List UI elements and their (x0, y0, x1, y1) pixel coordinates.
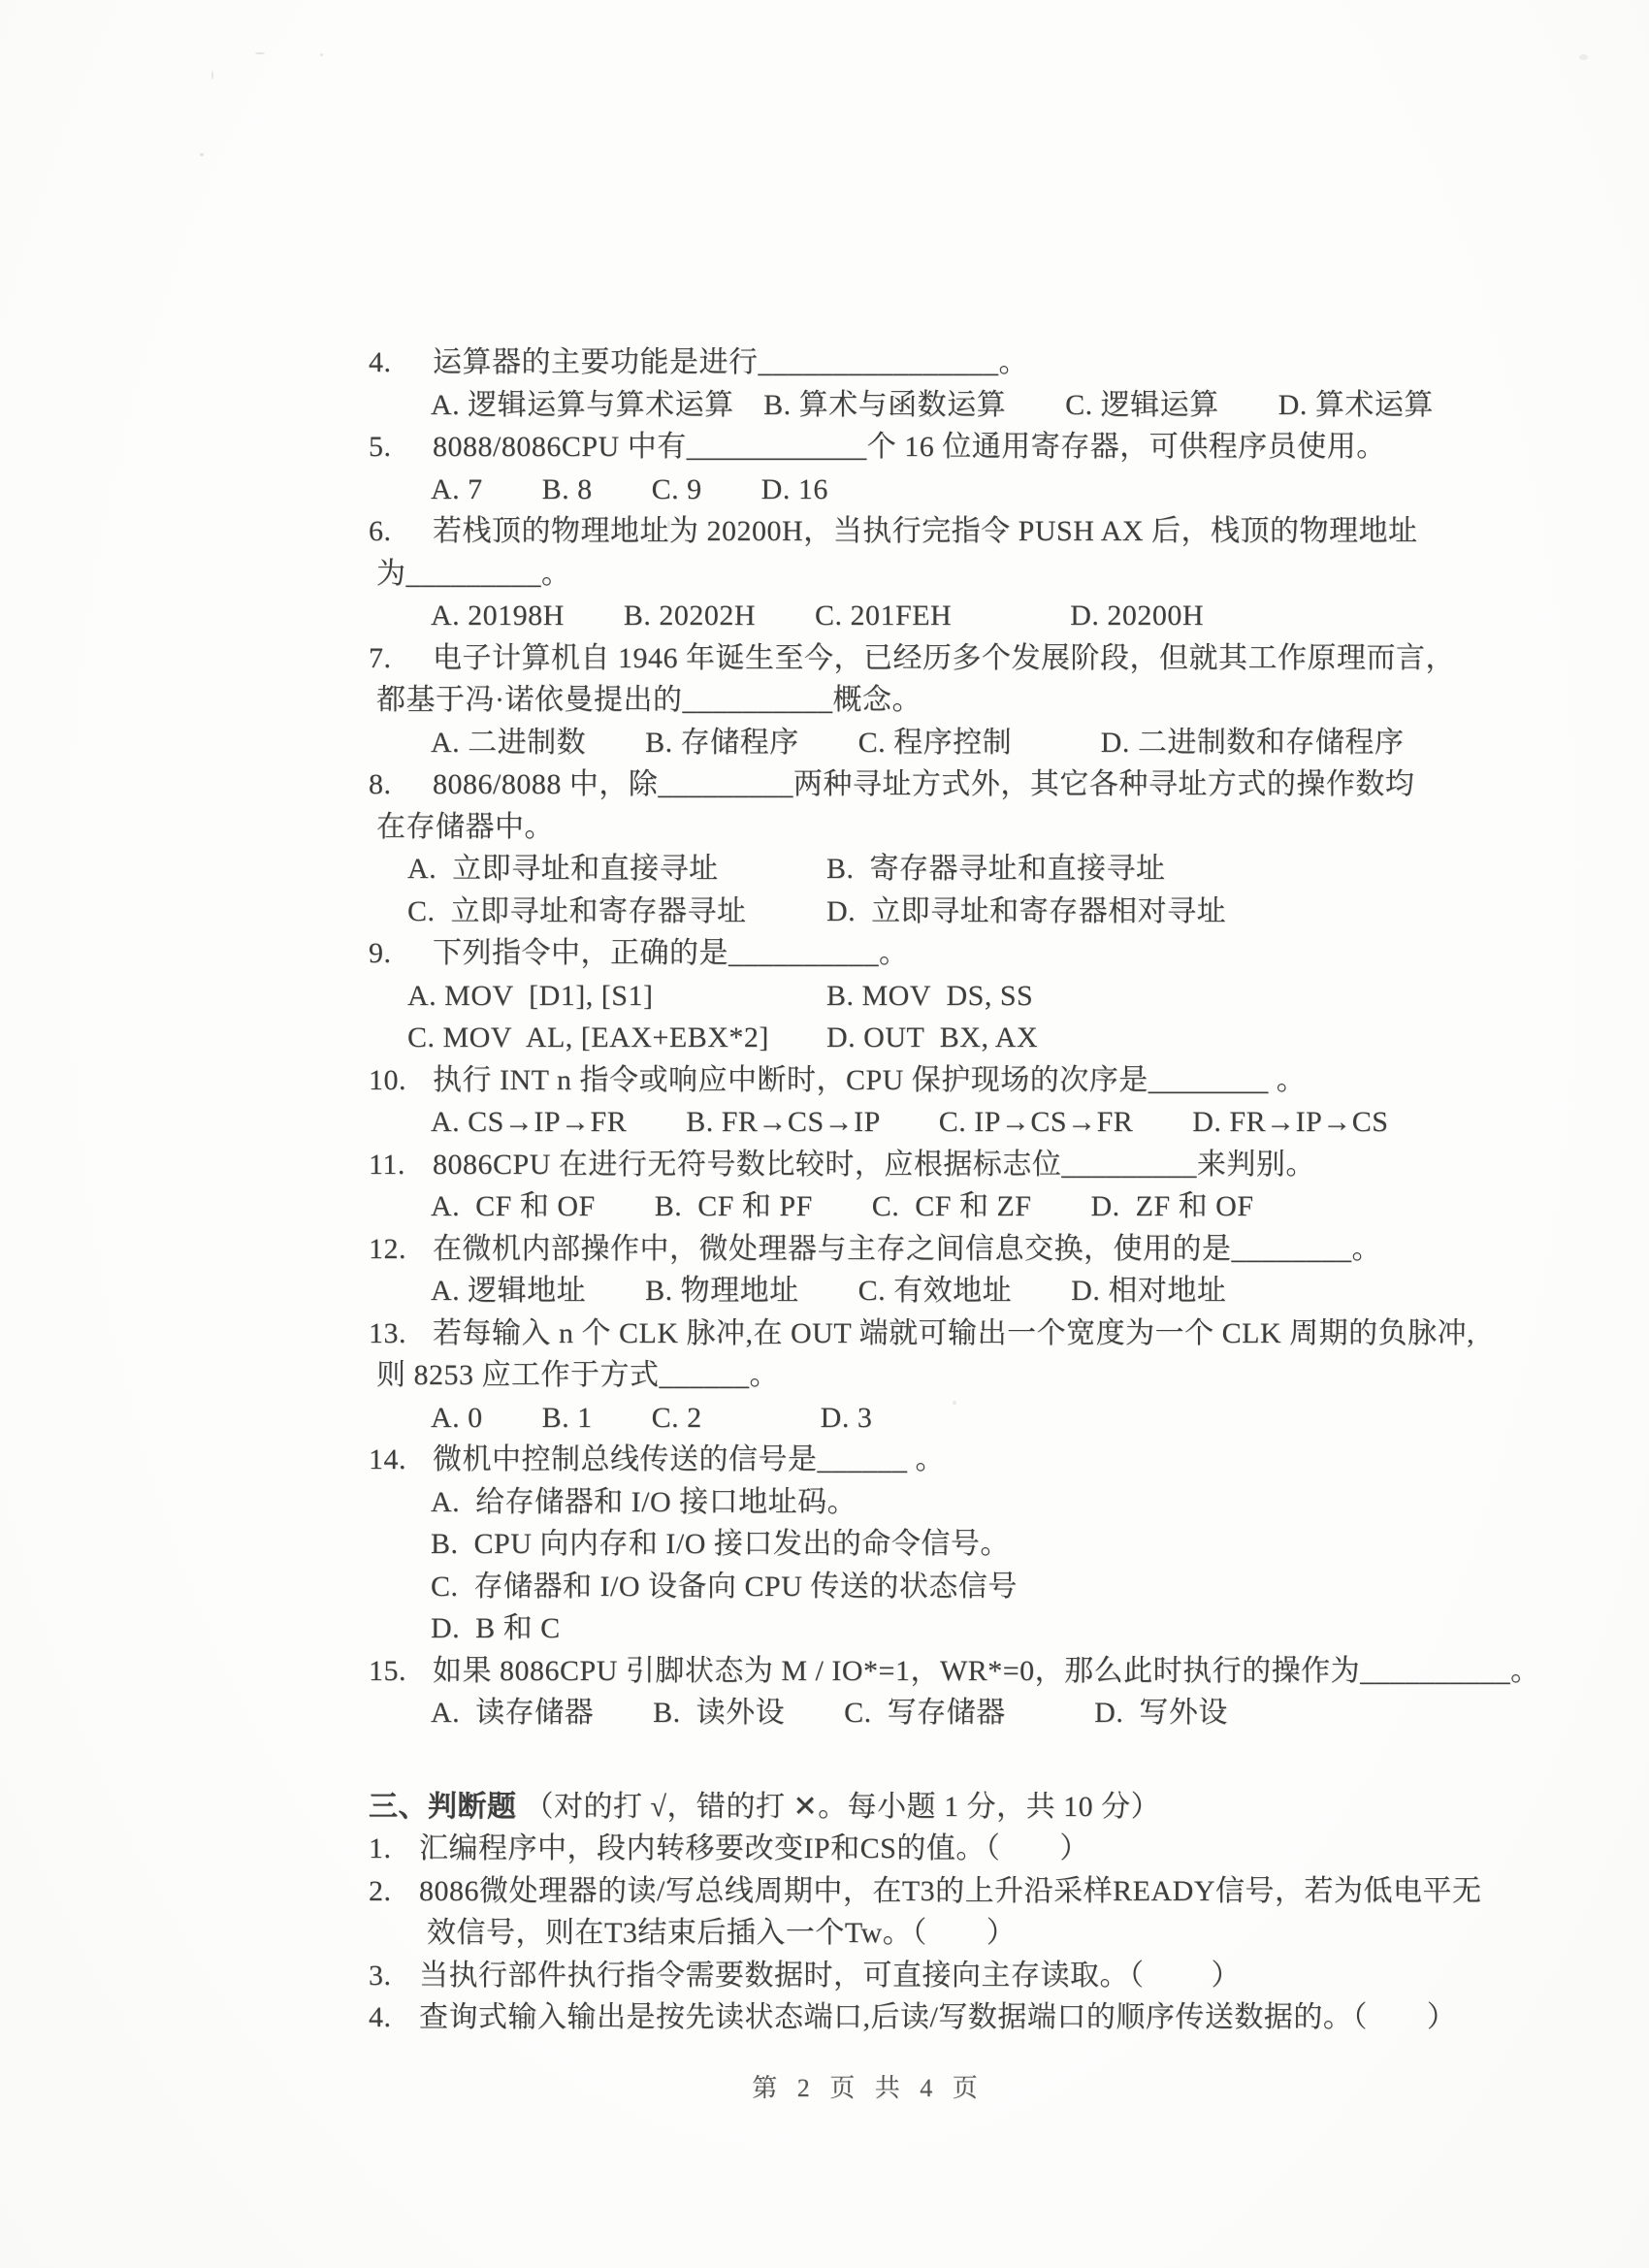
question-number: 12. (369, 1228, 433, 1271)
scan-artifact (200, 153, 204, 156)
options-text: A. 读存储器 B. 读外设 C. 写存储器 D. 写外设 (431, 1697, 1228, 1729)
multiple-choice-question: 15.如果 8086CPU 引脚状态为 M / IO*=1，WR*=0，那么此时… (369, 1650, 1450, 1734)
multiple-choice-question: 5.8088/8086CPU 中有____________个 16 位通用寄存器… (369, 426, 1450, 510)
section-title-text: 三、判断题 (369, 1791, 517, 1823)
options-line: A. 7 B. 8 C. 9 D. 16 (431, 469, 1450, 511)
exam-content: 4.运算器的主要功能是进行________________。A. 逻辑运算与算术… (369, 341, 1450, 2039)
question-text: 电子计算机自 1946 年诞生至今，已经历多个发展阶段，但就其工作原理而言， (433, 642, 1455, 674)
question-line: 效信号，则在T3结束后插入一个Tw。（ ） (427, 1912, 1450, 1955)
question-text: 8086/8088 中，除_________两种寻址方式外，其它各种寻址方式的操… (433, 768, 1414, 800)
question-line: 4.查询式输入输出是按先读状态端口,后读/写数据端口的顺序传送数据的。（ ） (369, 1996, 1450, 2039)
option-cell: C. 立即寻址和寄存器寻址 (407, 891, 826, 933)
question-line: 10.执行 INT n 指令或响应中断时，CPU 保护现场的次序是_______… (369, 1059, 1450, 1102)
question-number: 10. (369, 1059, 433, 1102)
page-footer: 第 2 页 共 4 页 (44, 2068, 1649, 2104)
question-text: 在微机内部操作中，微处理器与主存之间信息交换，使用的是________。 (433, 1233, 1381, 1265)
question-number: 5. (369, 426, 433, 469)
question-line: 7.电子计算机自 1946 年诞生至今，已经历多个发展阶段，但就其工作原理而言， (369, 637, 1450, 680)
options-text: A. 二进制数 B. 存储程序 C. 程序控制 D. 二进制数和存储程序 (431, 727, 1404, 759)
options-line: C. 存储器和 I/O 设备向 CPU 传送的状态信号 (431, 1566, 1450, 1608)
question-line: 为_________。 (376, 553, 1450, 596)
multiple-choice-question: 11.8086CPU 在进行无符号数比较时，应根据标志位_________来判别… (369, 1144, 1450, 1228)
question-text: 当执行部件执行指令需要数据时，可直接向主存读取。（ ） (419, 1960, 1241, 1992)
section-title-note: （对的打 √，错的打 ✕。每小题 1 分，共 10 分） (517, 1791, 1161, 1823)
section-multiple-choice: 4.运算器的主要功能是进行________________。A. 逻辑运算与算术… (369, 341, 1450, 1734)
options-line: A. 立即寻址和直接寻址B. 寄存器寻址和直接寻址 (407, 848, 1450, 891)
question-text: 查询式输入输出是按先读状态端口,后读/写数据端口的顺序传送数据的。（ ） (419, 2001, 1456, 2033)
scan-artifact (953, 1401, 956, 1405)
question-line: 1.汇编程序中，段内转移要改变IP和CS的值。（ ） (369, 1828, 1450, 1870)
question-text: 效信号，则在T3结束后插入一个Tw。（ ） (427, 1917, 1016, 1949)
option-cell: B. 寄存器寻址和直接寻址 (826, 853, 1166, 885)
options-line: A. 逻辑地址 B. 物理地址 C. 有效地址 D. 相对地址 (431, 1270, 1450, 1312)
question-text: 在存储器中。 (376, 811, 554, 843)
section-true-false: 三、判断题 （对的打 √，错的打 ✕。每小题 1 分，共 10 分） 1.汇编程… (369, 1786, 1450, 2039)
options-line: A. 读存储器 B. 读外设 C. 写存储器 D. 写外设 (431, 1692, 1450, 1734)
scan-artifact (1579, 54, 1588, 60)
question-number: 8. (369, 763, 433, 806)
true-false-item: 2.8086微处理器的读/写总线周期中，在T3的上升沿采样READY信号，若为低… (369, 1870, 1450, 1955)
question-line: 6.若栈顶的物理地址为 20200H，当执行完指令 PUSH AX 后，栈顶的物… (369, 510, 1450, 553)
question-number: 4. (369, 1996, 419, 2039)
scan-artifact (320, 53, 323, 56)
question-number: 9. (369, 932, 433, 975)
multiple-choice-question: 14.微机中控制总线传送的信号是______ 。A. 给存储器和 I/O 接口地… (369, 1439, 1450, 1650)
question-text: 微机中控制总线传送的信号是______ 。 (433, 1443, 945, 1475)
section-title: 三、判断题 （对的打 √，错的打 ✕。每小题 1 分，共 10 分） (369, 1786, 1450, 1829)
question-text: 汇编程序中，段内转移要改变IP和CS的值。（ ） (419, 1832, 1089, 1864)
question-line: 5.8088/8086CPU 中有____________个 16 位通用寄存器… (369, 426, 1450, 469)
question-text: 8086微处理器的读/写总线周期中，在T3的上升沿采样READY信号，若为低电平… (419, 1875, 1482, 1907)
true-false-item: 3.当执行部件执行指令需要数据时，可直接向主存读取。（ ） (369, 1955, 1450, 1997)
true-false-items: 1.汇编程序中，段内转移要改变IP和CS的值。（ ）2.8086微处理器的读/写… (369, 1828, 1450, 2039)
question-number: 13. (369, 1312, 433, 1355)
option-cell: A. 立即寻址和直接寻址 (407, 848, 826, 891)
option-cell: A. MOV [D1], [S1] (407, 975, 826, 1018)
options-text: A. CS→IP→FR B. FR→CS→IP C. IP→CS→FR D. F… (431, 1106, 1389, 1138)
options-line: A. MOV [D1], [S1]B. MOV DS, SS (407, 975, 1450, 1018)
multiple-choice-question: 10.执行 INT n 指令或响应中断时，CPU 保护现场的次序是_______… (369, 1059, 1450, 1144)
multiple-choice-question: 13.若每输入 n 个 CLK 脉冲,在 OUT 端就可输出一个宽度为一个 CL… (369, 1312, 1450, 1440)
options-text: A. CF 和 OF B. CF 和 PF C. CF 和 ZF D. ZF 和… (431, 1190, 1254, 1222)
options-line: A. CS→IP→FR B. FR→CS→IP C. IP→CS→FR D. F… (431, 1101, 1450, 1144)
scan-artifact (211, 71, 213, 80)
multiple-choice-question: 9.下列指令中，正确的是__________。A. MOV [D1], [S1]… (369, 932, 1450, 1059)
multiple-choice-question: 4.运算器的主要功能是进行________________。A. 逻辑运算与算术… (369, 341, 1450, 426)
options-text: A. 20198H B. 20202H C. 201FEH D. 20200H (431, 599, 1204, 632)
options-line: A. 给存储器和 I/O 接口地址码。 (431, 1481, 1450, 1524)
question-line: 在存储器中。 (376, 806, 1450, 849)
question-text: 为_________。 (376, 558, 571, 590)
question-text: 8088/8086CPU 中有____________个 16 位通用寄存器，可… (433, 431, 1386, 463)
question-text: 8086CPU 在进行无符号数比较时，应根据标志位_________来判别。 (433, 1149, 1315, 1181)
options-line: A. 逻辑运算与算术运算 B. 算术与函数运算 C. 逻辑运算 D. 算术运算 (431, 384, 1450, 427)
options-line: A. 0 B. 1 C. 2 D. 3 (431, 1397, 1450, 1440)
question-text: 如果 8086CPU 引脚状态为 M / IO*=1，WR*=0，那么此时执行的… (433, 1655, 1540, 1687)
options-text: A. 给存储器和 I/O 接口地址码。 (431, 1486, 857, 1518)
scan-artifact (255, 52, 265, 54)
options-line: A. 20198H B. 20202H C. 201FEH D. 20200H (431, 595, 1450, 637)
question-line: 13.若每输入 n 个 CLK 脉冲,在 OUT 端就可输出一个宽度为一个 CL… (369, 1312, 1450, 1355)
options-text: A. 逻辑地址 B. 物理地址 C. 有效地址 D. 相对地址 (431, 1275, 1226, 1307)
question-number: 4. (369, 341, 433, 384)
options-text: B. CPU 向内存和 I/O 接口发出的命令信号。 (431, 1528, 1010, 1560)
options-text: C. 存储器和 I/O 设备向 CPU 传送的状态信号 (431, 1571, 1018, 1603)
question-line: 4.运算器的主要功能是进行________________。 (369, 341, 1450, 384)
section-gap (369, 1734, 1450, 1786)
options-line: C. MOV AL, [EAX+EBX*2]D. OUT BX, AX (407, 1017, 1450, 1059)
options-line: B. CPU 向内存和 I/O 接口发出的命令信号。 (431, 1523, 1450, 1566)
multiple-choice-question: 8.8086/8088 中，除_________两种寻址方式外，其它各种寻址方式… (369, 763, 1450, 932)
option-cell: C. MOV AL, [EAX+EBX*2] (407, 1017, 826, 1059)
question-number: 3. (369, 1955, 419, 1997)
question-line: 14.微机中控制总线传送的信号是______ 。 (369, 1439, 1450, 1481)
question-number: 15. (369, 1650, 433, 1693)
question-number: 6. (369, 510, 433, 553)
option-cell: D. OUT BX, AX (826, 1021, 1038, 1053)
options-line: A. CF 和 OF B. CF 和 PF C. CF 和 ZF D. ZF 和… (431, 1185, 1450, 1228)
question-line: 12.在微机内部操作中，微处理器与主存之间信息交换，使用的是________。 (369, 1228, 1450, 1271)
multiple-choice-question: 6.若栈顶的物理地址为 20200H，当执行完指令 PUSH AX 后，栈顶的物… (369, 510, 1450, 637)
question-text: 都基于冯·诺依曼提出的__________概念。 (376, 684, 921, 716)
true-false-item: 4.查询式输入输出是按先读状态端口,后读/写数据端口的顺序传送数据的。（ ） (369, 1996, 1450, 2039)
options-line: D. B 和 C (431, 1607, 1450, 1650)
options-line: A. 二进制数 B. 存储程序 C. 程序控制 D. 二进制数和存储程序 (431, 722, 1450, 764)
question-line: 11.8086CPU 在进行无符号数比较时，应根据标志位_________来判别… (369, 1144, 1450, 1186)
question-line: 都基于冯·诺依曼提出的__________概念。 (376, 679, 1450, 722)
question-line: 9.下列指令中，正确的是__________。 (369, 932, 1450, 975)
question-line: 则 8253 应工作于方式______。 (376, 1354, 1450, 1397)
question-number: 11. (369, 1144, 433, 1186)
true-false-item: 1.汇编程序中，段内转移要改变IP和CS的值。（ ） (369, 1828, 1450, 1870)
option-cell: D. 立即寻址和寄存器相对寻址 (826, 895, 1226, 927)
question-number: 1. (369, 1828, 419, 1870)
multiple-choice-question: 12.在微机内部操作中，微处理器与主存之间信息交换，使用的是________。A… (369, 1228, 1450, 1312)
question-number: 14. (369, 1439, 433, 1481)
question-number: 7. (369, 637, 433, 680)
question-text: 执行 INT n 指令或响应中断时，CPU 保护现场的次序是________ 。 (433, 1064, 1306, 1096)
question-line: 8.8086/8088 中，除_________两种寻址方式外，其它各种寻址方式… (369, 763, 1450, 806)
question-text: 则 8253 应工作于方式______。 (376, 1359, 779, 1391)
options-text: D. B 和 C (431, 1612, 561, 1644)
question-line: 2.8086微处理器的读/写总线周期中，在T3的上升沿采样READY信号，若为低… (369, 1870, 1450, 1913)
question-line: 15.如果 8086CPU 引脚状态为 M / IO*=1，WR*=0，那么此时… (369, 1650, 1450, 1693)
question-text: 运算器的主要功能是进行________________。 (433, 346, 1028, 378)
question-text: 下列指令中，正确的是__________。 (433, 937, 909, 969)
question-text: 若每输入 n 个 CLK 脉冲,在 OUT 端就可输出一个宽度为一个 CLK 周… (433, 1317, 1474, 1349)
multiple-choice-question: 7.电子计算机自 1946 年诞生至今，已经历多个发展阶段，但就其工作原理而言，… (369, 637, 1450, 764)
question-text: 若栈顶的物理地址为 20200H，当执行完指令 PUSH AX 后，栈顶的物理地… (433, 515, 1418, 547)
options-text: A. 逻辑运算与算术运算 B. 算术与函数运算 C. 逻辑运算 D. 算术运算 (431, 389, 1434, 421)
question-number: 2. (369, 1870, 419, 1913)
option-cell: B. MOV DS, SS (826, 980, 1033, 1012)
scan-artifact (667, 520, 670, 529)
options-line: C. 立即寻址和寄存器寻址D. 立即寻址和寄存器相对寻址 (407, 891, 1450, 933)
options-text: A. 7 B. 8 C. 9 D. 16 (431, 473, 828, 505)
question-line: 3.当执行部件执行指令需要数据时，可直接向主存读取。（ ） (369, 1955, 1450, 1997)
exam-page: 4.运算器的主要功能是进行________________。A. 逻辑运算与算术… (0, 0, 1649, 2268)
options-text: A. 0 B. 1 C. 2 D. 3 (431, 1402, 872, 1434)
